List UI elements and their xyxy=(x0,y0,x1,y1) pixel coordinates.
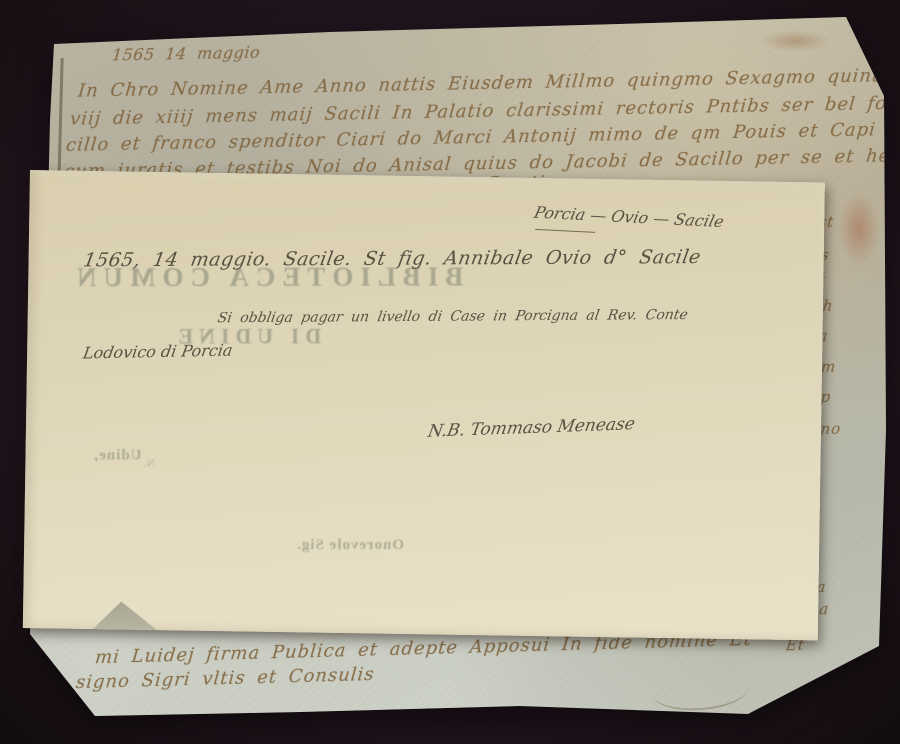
notary-annotation: N.B. Tommaso Menease xyxy=(426,414,636,442)
showthrough-salutation: Onorevole Sig. xyxy=(296,537,404,554)
showthrough-place: Udine, xyxy=(94,447,142,464)
ink-stain xyxy=(838,192,880,266)
obligation-annotation: Si obbliga pagar un livello di Case in P… xyxy=(216,307,689,326)
date-header: 1565 14 maggio xyxy=(111,43,261,65)
name-annotation: Lodovico di Porcia xyxy=(82,341,234,363)
entry-annotation: 1565, 14 maggio. Sacile. St fig. Annibal… xyxy=(82,246,703,271)
edge-stain xyxy=(760,30,830,52)
heading-annotation: Porcia — Ovio — Sacile xyxy=(532,203,726,231)
showthrough-number-mark: N. xyxy=(143,456,155,471)
paper-tear xyxy=(93,601,157,630)
heading-underline xyxy=(535,229,595,233)
manuscript-photo: 1565 14 maggio In Chro Nomine Ame Anno n… xyxy=(0,0,900,744)
archive-slip: BIBLIOTECA COMUN DI UDINE Udine, N. Onor… xyxy=(23,170,825,640)
